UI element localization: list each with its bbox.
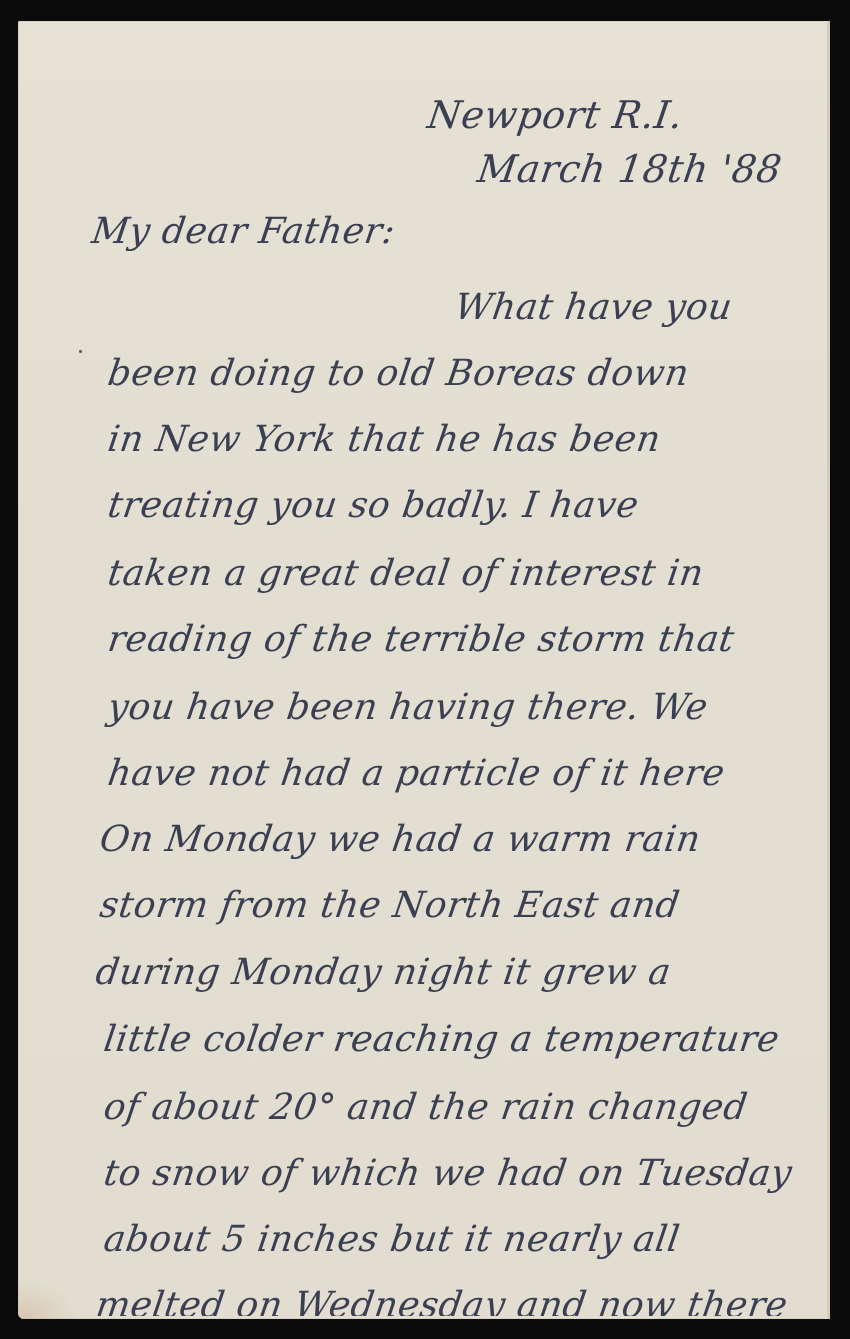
body-line: little colder reaching a temperature: [101, 1022, 781, 1058]
body-line: about 5 inches but it nearly all: [101, 1222, 681, 1258]
body-line: treating you so badly. I have: [105, 488, 640, 524]
place-line: Newport R.I.: [425, 96, 685, 134]
body-line: you have been having there. We: [105, 690, 710, 726]
body-line: storm from the North East and: [97, 888, 681, 924]
body-line: to snow of which we had on Tuesday: [101, 1156, 794, 1192]
opening-line: What have you: [452, 290, 734, 326]
salutation: My dear Father:: [89, 214, 397, 250]
body-line: during Monday night it grew a: [93, 955, 673, 991]
body-line: of about 20° and the rain changed: [101, 1090, 749, 1126]
date-line: March 18th '88: [475, 150, 784, 188]
body-line: On Monday we had a warm rain: [97, 822, 702, 858]
body-line: in New York that he has been: [105, 422, 662, 458]
body-line: taken a great deal of interest in: [105, 556, 705, 592]
body-line: reading of the terrible storm that: [105, 622, 736, 658]
body-line: have not had a particle of it here: [105, 756, 727, 792]
body-line: been doing to old Boreas down: [105, 356, 691, 392]
ink-speck: [79, 350, 82, 353]
